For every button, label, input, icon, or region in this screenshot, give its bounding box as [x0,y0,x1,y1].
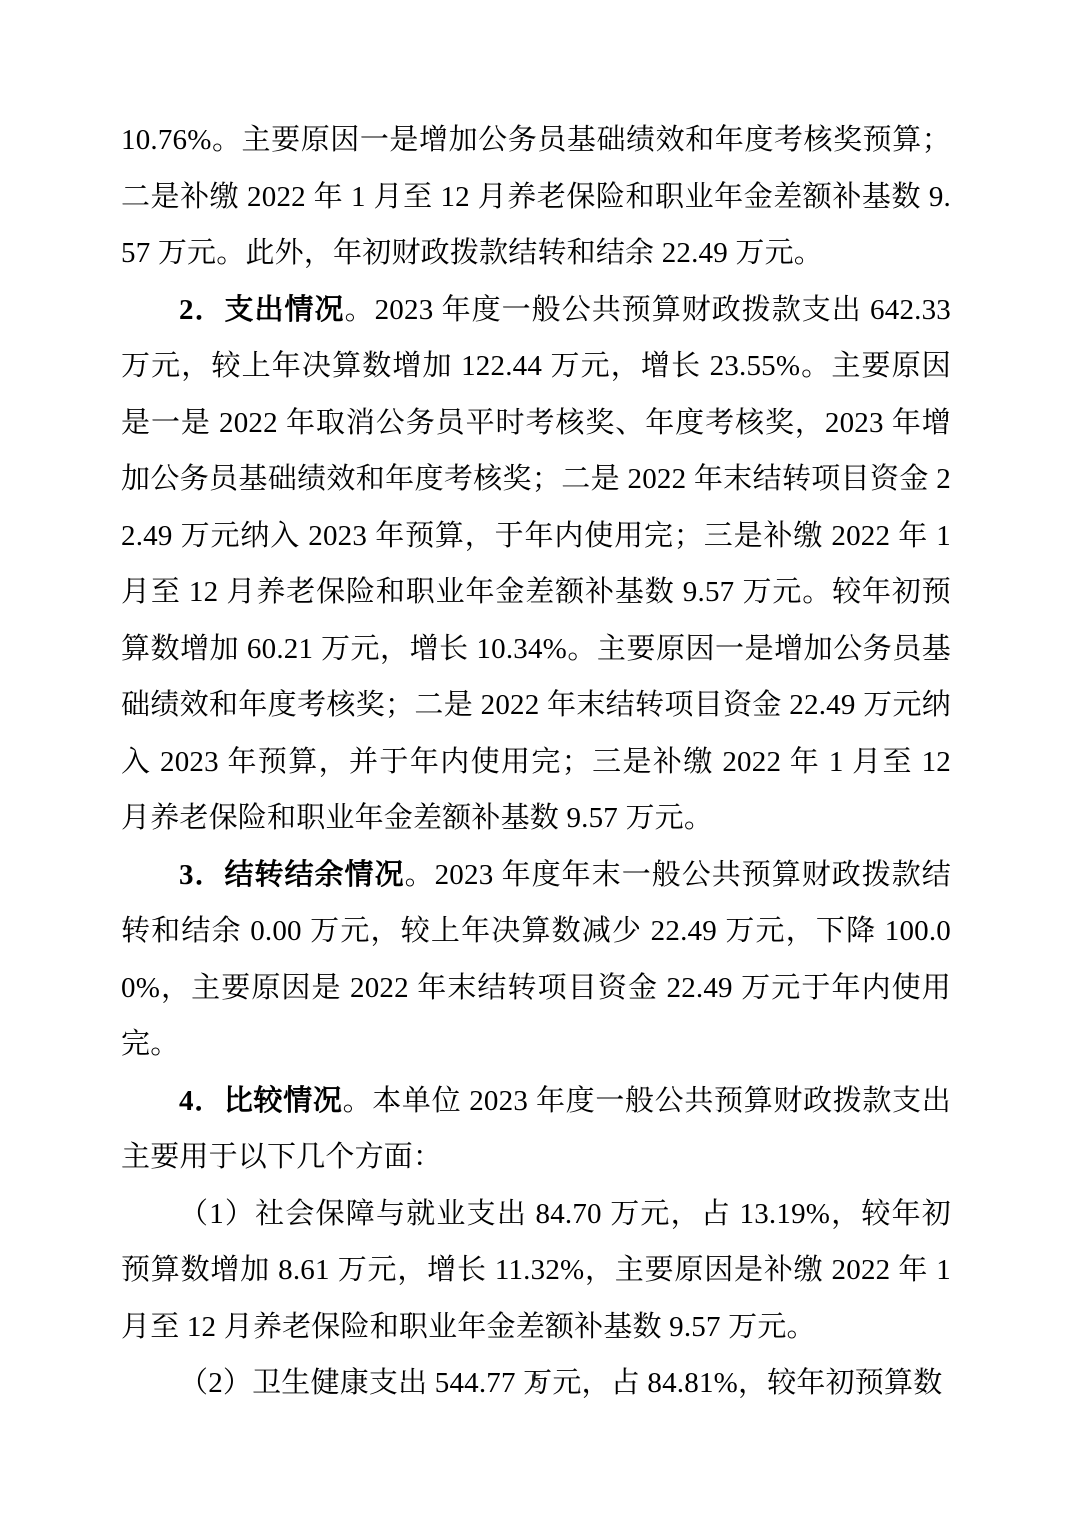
document-page: 10.76%。主要原因一是增加公务员基础绩效和年度考核奖预算；二是补缴 2022… [0,0,1074,1520]
section-heading-carryover: 3．结转结余情况 [179,859,405,891]
paragraph-text: 。2023 年度一般公共预算财政拨款支出 642.33 万元，较上年决算数增加 … [121,294,951,835]
section-heading-expenditure: 2．支出情况 [179,294,345,326]
paragraph-item-1-social-security: （1）社会保障与就业支出 84.70 万元，占 13.19%，较年初预算数增加 … [121,1186,951,1356]
paragraph-text: 10.76%。主要原因一是增加公务员基础绩效和年度考核奖预算；二是补缴 2022… [121,124,951,269]
page-footer: 5 [121,1372,951,1394]
section-heading-comparison: 4．比较情况 [179,1085,343,1117]
paragraph-expenditure: 2．支出情况。2023 年度一般公共预算财政拨款支出 642.33 万元，较上年… [121,282,951,847]
document-body: 10.76%。主要原因一是增加公务员基础绩效和年度考核奖预算；二是补缴 2022… [121,112,951,1412]
paragraph-text: （1）社会保障与就业支出 84.70 万元，占 13.19%，较年初预算数增加 … [121,1198,951,1343]
page-number: 5 [531,1372,542,1393]
paragraph-carryover: 3．结转结余情况。2023 年度年末一般公共预算财政拨款结转和结余 0.00 万… [121,847,951,1073]
paragraph-income-continuation: 10.76%。主要原因一是增加公务员基础绩效和年度考核奖预算；二是补缴 2022… [121,112,951,282]
paragraph-comparison: 4．比较情况。本单位 2023 年度一般公共预算财政拨款支出主要用于以下几个方面… [121,1073,951,1186]
